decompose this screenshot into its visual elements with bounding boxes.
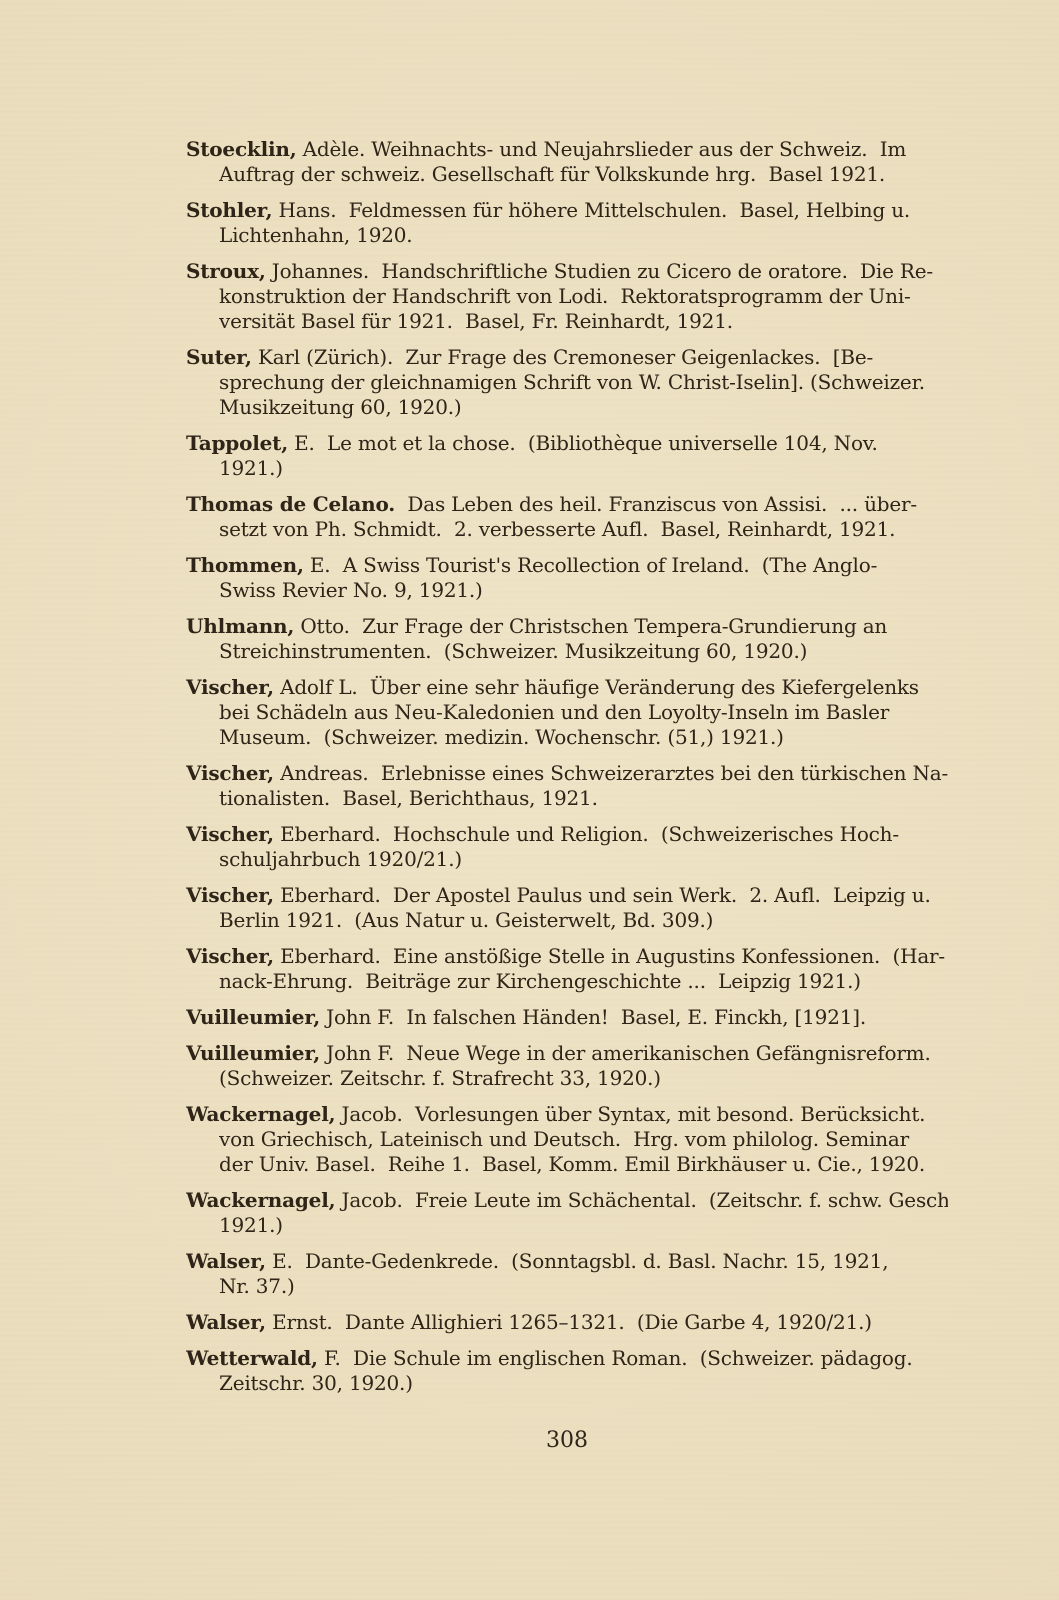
entry-line: Streichinstrumenten. (Schweizer. Musikze… (219, 639, 948, 664)
entry-line: Uhlmann, Otto. Zur Frage der Christschen… (186, 614, 948, 639)
bibliography-entry: Vuilleumier, John F. Neue Wege in der am… (186, 1041, 948, 1091)
entry-line: Suter, Karl (Zürich). Zur Frage des Crem… (186, 345, 948, 370)
entry-author-name: Vischer, (186, 675, 274, 699)
entry-line: Lichtenhahn, 1920. (219, 223, 948, 248)
entry-line: Vischer, Eberhard. Hochschule und Religi… (186, 822, 948, 847)
bibliography-entry: Wetterwald, F. Die Schule im englischen … (186, 1346, 948, 1396)
entry-line: Walser, Ernst. Dante Allighieri 1265–132… (186, 1310, 948, 1335)
entry-line: Auftrag der schweiz. Gesellschaft für Vo… (219, 162, 948, 187)
entry-line: tionalisten. Basel, Berichthaus, 1921. (219, 786, 948, 811)
bibliography-list: Stoecklin, Adèle. Weihnachts- und Neujah… (186, 137, 948, 1407)
bibliography-entry: Vischer, Adolf L. Über eine sehr häufige… (186, 675, 948, 750)
entry-line: von Griechisch, Lateinisch und Deutsch. … (219, 1127, 948, 1152)
entry-line: konstruktion der Handschrift von Lodi. R… (219, 284, 948, 309)
entry-line: der Univ. Basel. Reihe 1. Basel, Komm. E… (219, 1152, 948, 1177)
entry-author-name: Walser, (186, 1310, 266, 1334)
bibliography-entry: Vuilleumier, John F. In falschen Händen!… (186, 1005, 948, 1030)
entry-author-name: Wetterwald, (186, 1346, 318, 1370)
entry-author-name: Wackernagel, (186, 1102, 335, 1126)
entry-author-name: Stroux, (186, 259, 266, 283)
entry-author-name: Vischer, (186, 944, 274, 968)
bibliography-entry: Vischer, Eberhard. Eine anstößige Stelle… (186, 944, 948, 994)
entry-author-name: Thommen, (186, 553, 304, 577)
entry-author-name: Uhlmann, (186, 614, 294, 638)
entry-author-name: Vuilleumier, (186, 1041, 320, 1065)
entry-author-name: Suter, (186, 345, 252, 369)
bibliography-entry: Stoecklin, Adèle. Weihnachts- und Neujah… (186, 137, 948, 187)
entry-line: Stroux, Johannes. Handschriftliche Studi… (186, 259, 948, 284)
entry-line: Stoecklin, Adèle. Weihnachts- und Neujah… (186, 137, 948, 162)
entry-line: Wetterwald, F. Die Schule im englischen … (186, 1346, 948, 1371)
entry-author-name: Tappolet, (186, 431, 288, 455)
entry-author-name: Vischer, (186, 822, 274, 846)
bibliography-entry: Walser, Ernst. Dante Allighieri 1265–132… (186, 1310, 948, 1335)
entry-author-name: Vuilleumier, (186, 1005, 320, 1029)
bibliography-entry: Thomas de Celano. Das Leben des heil. Fr… (186, 492, 948, 542)
entry-line: Museum. (Schweizer. medizin. Wochenschr.… (219, 725, 948, 750)
entry-author-name: Stoecklin, (186, 137, 296, 161)
entry-line: Thommen, E. A Swiss Tourist's Recollecti… (186, 553, 948, 578)
entry-author-name: Walser, (186, 1249, 266, 1273)
entry-line: schuljahrbuch 1920/21.) (219, 847, 948, 872)
entry-line: 1921.) (219, 456, 948, 481)
entry-line: versität Basel für 1921. Basel, Fr. Rein… (219, 309, 948, 334)
bibliography-entry: Vischer, Andreas. Erlebnisse eines Schwe… (186, 761, 948, 811)
entry-line: Thomas de Celano. Das Leben des heil. Fr… (186, 492, 948, 517)
bibliography-entry: Stroux, Johannes. Handschriftliche Studi… (186, 259, 948, 334)
entry-line: (Schweizer. Zeitschr. f. Strafrecht 33, … (219, 1066, 948, 1091)
entry-line: Vischer, Andreas. Erlebnisse eines Schwe… (186, 761, 948, 786)
bibliography-entry: Wackernagel, Jacob. Vorlesungen über Syn… (186, 1102, 948, 1177)
entry-line: sprechung der gleichnamigen Schrift von … (219, 370, 948, 395)
entry-author-name: Wackernagel, (186, 1188, 335, 1212)
bibliography-entry: Uhlmann, Otto. Zur Frage der Christschen… (186, 614, 948, 664)
bibliography-entry: Thommen, E. A Swiss Tourist's Recollecti… (186, 553, 948, 603)
entry-line: setzt von Ph. Schmidt. 2. verbesserte Au… (219, 517, 948, 542)
bibliography-entry: Tappolet, E. Le mot et la chose. (Biblio… (186, 431, 948, 481)
entry-line: 1921.) (219, 1213, 948, 1238)
entry-line: Berlin 1921. (Aus Natur u. Geisterwelt, … (219, 908, 948, 933)
entry-line: Wackernagel, Jacob. Freie Leute im Schäc… (186, 1188, 948, 1213)
entry-author-name: Vischer, (186, 761, 274, 785)
entry-author-name: Stohler, (186, 198, 272, 222)
entry-line: Vuilleumier, John F. Neue Wege in der am… (186, 1041, 948, 1066)
bibliography-entry: Walser, E. Dante-Gedenkrede. (Sonntagsbl… (186, 1249, 948, 1299)
bibliography-entry: Vischer, Eberhard. Hochschule und Religi… (186, 822, 948, 872)
entry-line: bei Schädeln aus Neu-Kaledonien und den … (219, 700, 948, 725)
bibliography-entry: Wackernagel, Jacob. Freie Leute im Schäc… (186, 1188, 948, 1238)
entry-line: Walser, E. Dante-Gedenkrede. (Sonntagsbl… (186, 1249, 948, 1274)
entry-line: nack-Ehrung. Beiträge zur Kirchengeschic… (219, 969, 948, 994)
entry-line: Stohler, Hans. Feldmessen für höhere Mit… (186, 198, 948, 223)
entry-line: Swiss Revier No. 9, 1921.) (219, 578, 948, 603)
bibliography-entry: Vischer, Eberhard. Der Apostel Paulus un… (186, 883, 948, 933)
entry-line: Nr. 37.) (219, 1274, 948, 1299)
entry-line: Zeitschr. 30, 1920.) (219, 1371, 948, 1396)
bibliography-entry: Stohler, Hans. Feldmessen für höhere Mit… (186, 198, 948, 248)
page-number: 308 (186, 1428, 948, 1454)
entry-line: Vischer, Eberhard. Eine anstößige Stelle… (186, 944, 948, 969)
entry-line: Vuilleumier, John F. In falschen Händen!… (186, 1005, 948, 1030)
entry-line: Vischer, Adolf L. Über eine sehr häufige… (186, 675, 948, 700)
entry-author-name: Thomas de Celano. (186, 492, 395, 516)
entry-line: Tappolet, E. Le mot et la chose. (Biblio… (186, 431, 948, 456)
entry-line: Musikzeitung 60, 1920.) (219, 395, 948, 420)
entry-author-name: Vischer, (186, 883, 274, 907)
bibliography-entry: Suter, Karl (Zürich). Zur Frage des Crem… (186, 345, 948, 420)
entry-line: Vischer, Eberhard. Der Apostel Paulus un… (186, 883, 948, 908)
entry-line: Wackernagel, Jacob. Vorlesungen über Syn… (186, 1102, 948, 1127)
